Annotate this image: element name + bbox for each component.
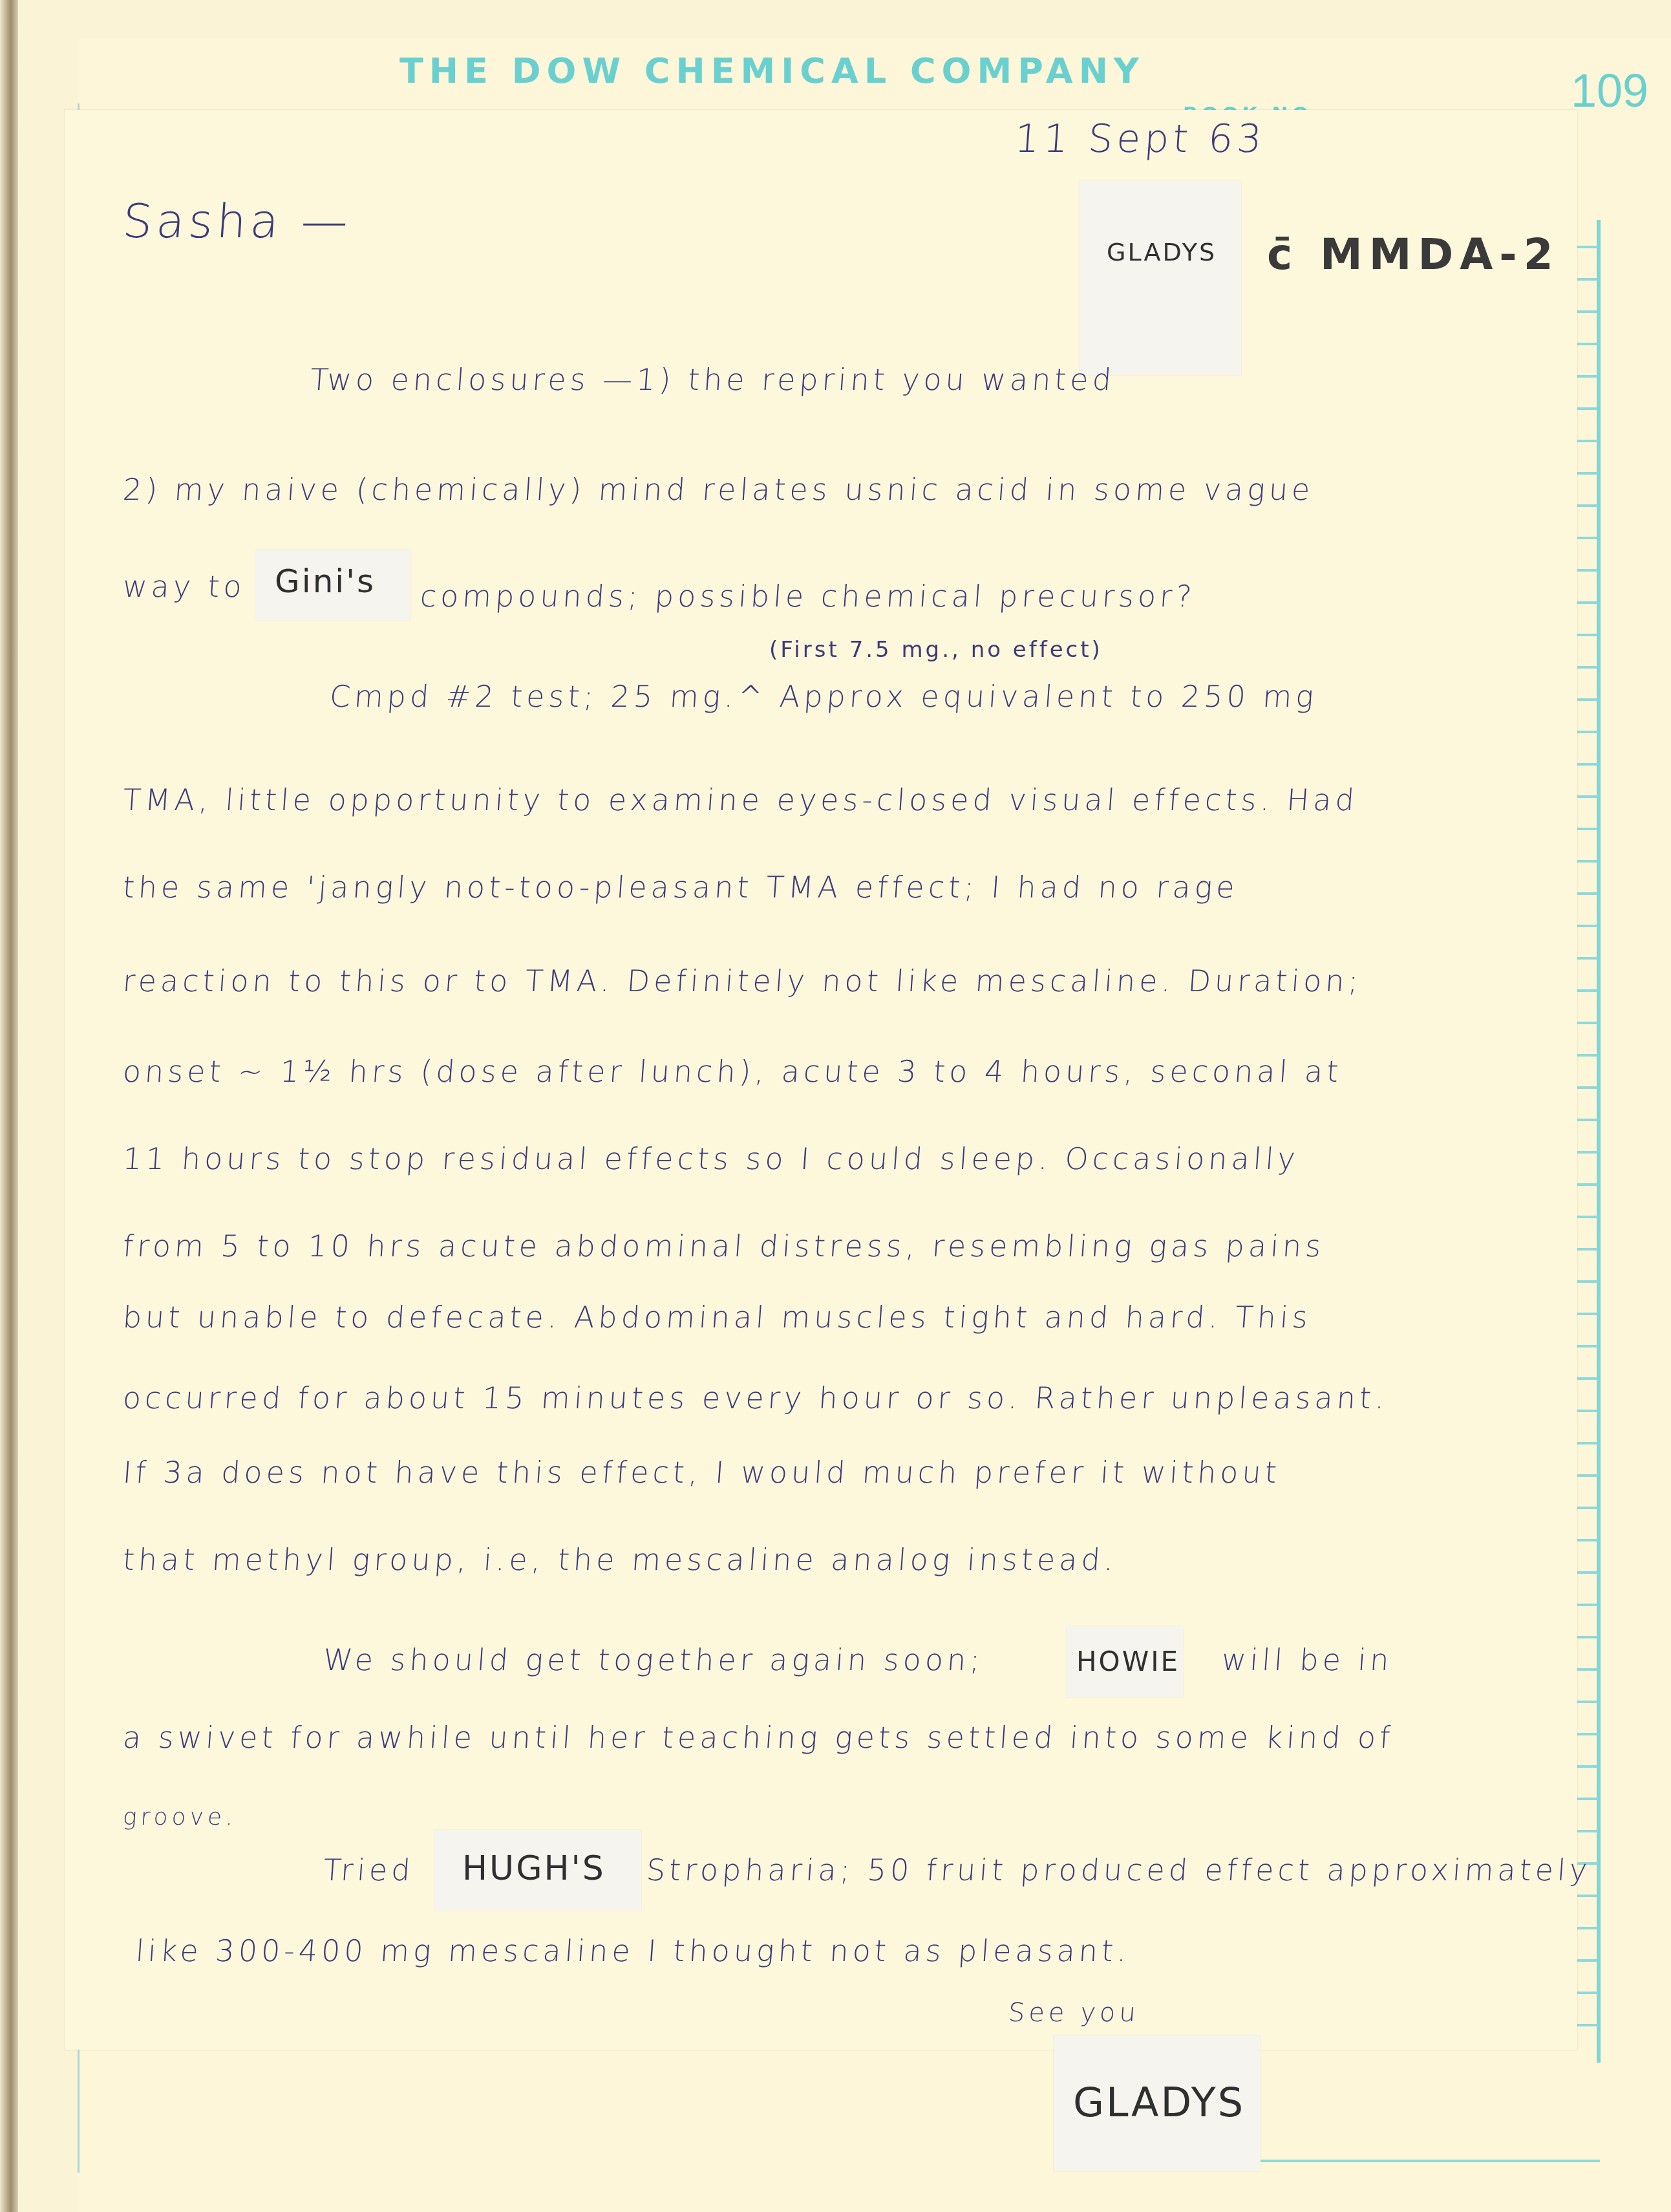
grid-tick [1574, 795, 1597, 798]
grid-tick [1574, 925, 1597, 927]
grid-tick [1574, 1701, 1597, 1703]
grid-tick [1574, 1733, 1597, 1735]
grid-tick [1574, 537, 1597, 539]
letter-line-2: 2) my naive (chemically) mind relates us… [122, 472, 1315, 507]
grid-tick [1574, 731, 1597, 733]
grid-tick [1574, 1895, 1597, 1897]
grid-tick [1574, 666, 1597, 669]
letter-line-15a: We should get together again soon; [322, 1642, 985, 1677]
letterhead: THE DOW CHEMICAL COMPANY [399, 50, 1145, 91]
letter-line-15b: will be in [1220, 1642, 1394, 1677]
grid-tick [1574, 504, 1597, 507]
grid-tick [1574, 1442, 1597, 1444]
grid-tick [1574, 1313, 1597, 1315]
compound-label: c̄ MMDA-2 [1267, 230, 1560, 279]
grid-tick [1574, 375, 1597, 378]
grid-tick [1574, 1604, 1597, 1606]
letter-line-17: groove. [122, 1804, 238, 1831]
grid-tick [1574, 1798, 1597, 1800]
salutation: Sasha — [121, 194, 354, 248]
grid-tick [1574, 1248, 1597, 1251]
grid-tick [1574, 310, 1597, 313]
grid-tick [1574, 1959, 1597, 1962]
letter-date: 11 Sept 63 [1014, 116, 1267, 162]
grid-tick [1574, 343, 1597, 345]
grid-tick [1574, 634, 1597, 636]
grid-tick [1574, 1474, 1597, 1477]
grid-tick [1574, 601, 1597, 604]
grid-tick [1574, 1927, 1597, 1929]
letter-line-7: reaction to this or to TMA. Definitely n… [122, 963, 1363, 998]
grid-tick [1574, 1151, 1597, 1154]
letter-line-4: Cmpd #2 test; 25 mg.^ Approx equivalent … [328, 679, 1319, 714]
redaction-howie: HOWIE [1076, 1646, 1180, 1677]
letter-line-14: that methyl group, i.e, the mescaline an… [122, 1542, 1118, 1577]
grid-tick [1574, 1183, 1597, 1186]
book-binding [0, 0, 18, 2212]
letter-line-18a: Tried [322, 1852, 415, 1887]
sticker-name: GLADYS [1107, 238, 1217, 266]
letter-line-6: the same 'jangly not-too-pleasant TMA ef… [122, 870, 1240, 905]
signature: GLADYS [1073, 2079, 1245, 2126]
grid-tick [1574, 1377, 1597, 1380]
grid-tick [1574, 1086, 1597, 1089]
redaction-gini: Gini's [275, 563, 376, 600]
grid-tick [1574, 278, 1597, 281]
grid-tick [1574, 828, 1597, 830]
letter-line-18b: Stropharia; 50 fruit produced effect app… [645, 1852, 1592, 1887]
grid-tick [1574, 1668, 1597, 1671]
closing: See you [1007, 1998, 1140, 2028]
letter-line-11: but unable to defecate. Abdominal muscle… [122, 1300, 1313, 1335]
letter-line-8: onset ~ 1½ hrs (dose after lunch), acute… [122, 1054, 1343, 1089]
grid-tick [1574, 440, 1597, 442]
grid-tick [1574, 246, 1597, 248]
grid-tick [1574, 698, 1597, 701]
grid-tick [1574, 1054, 1597, 1057]
right-grid-line [1597, 220, 1601, 2063]
grid-tick [1574, 989, 1597, 992]
grid-tick [1574, 1636, 1597, 1638]
letter-line-12: occurred for about 15 minutes every hour… [122, 1380, 1389, 1415]
letter-line-10: from 5 to 10 hrs acute abdominal distres… [122, 1229, 1326, 1263]
grid-tick [1574, 892, 1597, 895]
letter-line-3a: way to [122, 569, 247, 604]
letter-line-19: like 300-400 mg mescaline I thought not … [134, 1933, 1132, 1968]
letter-line-16: a swivet for awhile until her teaching g… [122, 1720, 1395, 1755]
page-number: 109 [1571, 65, 1648, 118]
name-sticker-top [1080, 181, 1241, 375]
grid-tick [1574, 860, 1597, 863]
redaction-hugh: HUGH'S [462, 1849, 606, 1888]
grid-tick [1574, 569, 1597, 572]
grid-tick [1574, 2024, 1597, 2026]
dose-annotation: (First 7.5 mg., no effect) [769, 637, 1103, 663]
letter-line-5: TMA, little opportunity to examine eyes-… [122, 782, 1359, 817]
grid-tick [1574, 1216, 1597, 1218]
grid-tick [1574, 1022, 1597, 1024]
grid-tick [1574, 1571, 1597, 1574]
grid-tick [1574, 1345, 1597, 1348]
grid-tick [1574, 1280, 1597, 1283]
letter-line-9: 11 hours to stop residual effects so I c… [122, 1141, 1300, 1176]
grid-tick [1574, 1539, 1597, 1541]
letter-line-13: If 3a does not have this effect, I would… [122, 1455, 1282, 1490]
grid-tick [1574, 957, 1597, 960]
grid-tick [1574, 1765, 1597, 1768]
grid-tick [1574, 1119, 1597, 1121]
letter-line-3b: compounds; possible chemical precursor? [419, 579, 1197, 614]
grid-tick [1574, 1507, 1597, 1509]
grid-tick [1574, 472, 1597, 475]
grid-tick [1574, 1992, 1597, 1994]
letter-line-1: Two enclosures —1) the reprint you wante… [309, 362, 1116, 397]
grid-tick [1574, 407, 1597, 410]
grid-tick [1574, 763, 1597, 766]
grid-tick [1574, 1830, 1597, 1832]
grid-tick [1574, 1410, 1597, 1412]
